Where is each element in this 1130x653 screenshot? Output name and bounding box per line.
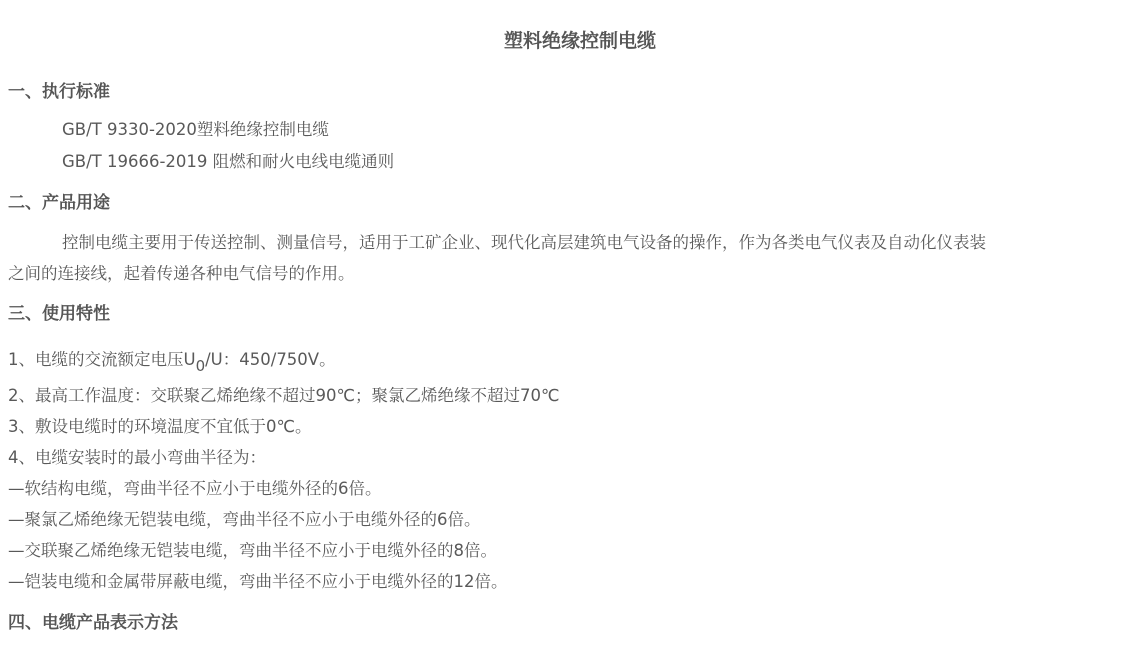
characteristic-item: 2、最高工作温度：交联聚乙烯绝缘不超过90℃；聚氯乙烯绝缘不超过70℃ (8, 384, 560, 408)
usage-paragraph-line: 控制电缆主要用于传送控制、测量信号，适用于工矿企业、现代化高层建筑电气设备的操作… (62, 231, 986, 255)
usage-paragraph-line: 之间的连接线，起着传递各种电气信号的作用。 (8, 262, 355, 286)
bend-radius-item: —软结构电缆，弯曲半径不应小于电缆外径的6倍。 (8, 477, 382, 501)
section-heading-characteristics: 三、使用特性 (8, 302, 110, 326)
characteristic-item: 1、电缆的交流额定电压U0/U：450/750V。 (8, 348, 336, 372)
voltage-text-prefix: 1、电缆的交流额定电压U (8, 350, 196, 369)
section-heading-standards: 一、执行标准 (8, 80, 110, 104)
section-heading-designation: 四、电缆产品表示方法 (8, 611, 178, 635)
standard-line: GB/T 9330-2020塑料绝缘控制电缆 (62, 118, 329, 142)
section-heading-usage: 二、产品用途 (8, 191, 110, 215)
voltage-text-suffix: /U：450/750V。 (205, 350, 335, 369)
standard-line: GB/T 19666-2019 阻燃和耐火电线电缆通则 (62, 150, 394, 174)
bend-radius-item: —铠装电缆和金属带屏蔽电缆，弯曲半径不应小于电缆外径的12倍。 (8, 570, 508, 594)
bend-radius-item: —聚氯乙烯绝缘无铠装电缆，弯曲半径不应小于电缆外径的6倍。 (8, 508, 481, 532)
bend-radius-item: —交联聚乙烯绝缘无铠装电缆，弯曲半径不应小于电缆外径的8倍。 (8, 539, 497, 563)
voltage-subscript: 0 (196, 357, 206, 375)
characteristic-item: 3、敷设电缆时的环境温度不宜低于0℃。 (8, 415, 312, 439)
characteristic-item: 4、电缆安装时的最小弯曲半径为： (8, 446, 266, 470)
document-title: 塑料绝缘控制电缆 (0, 28, 1130, 54)
